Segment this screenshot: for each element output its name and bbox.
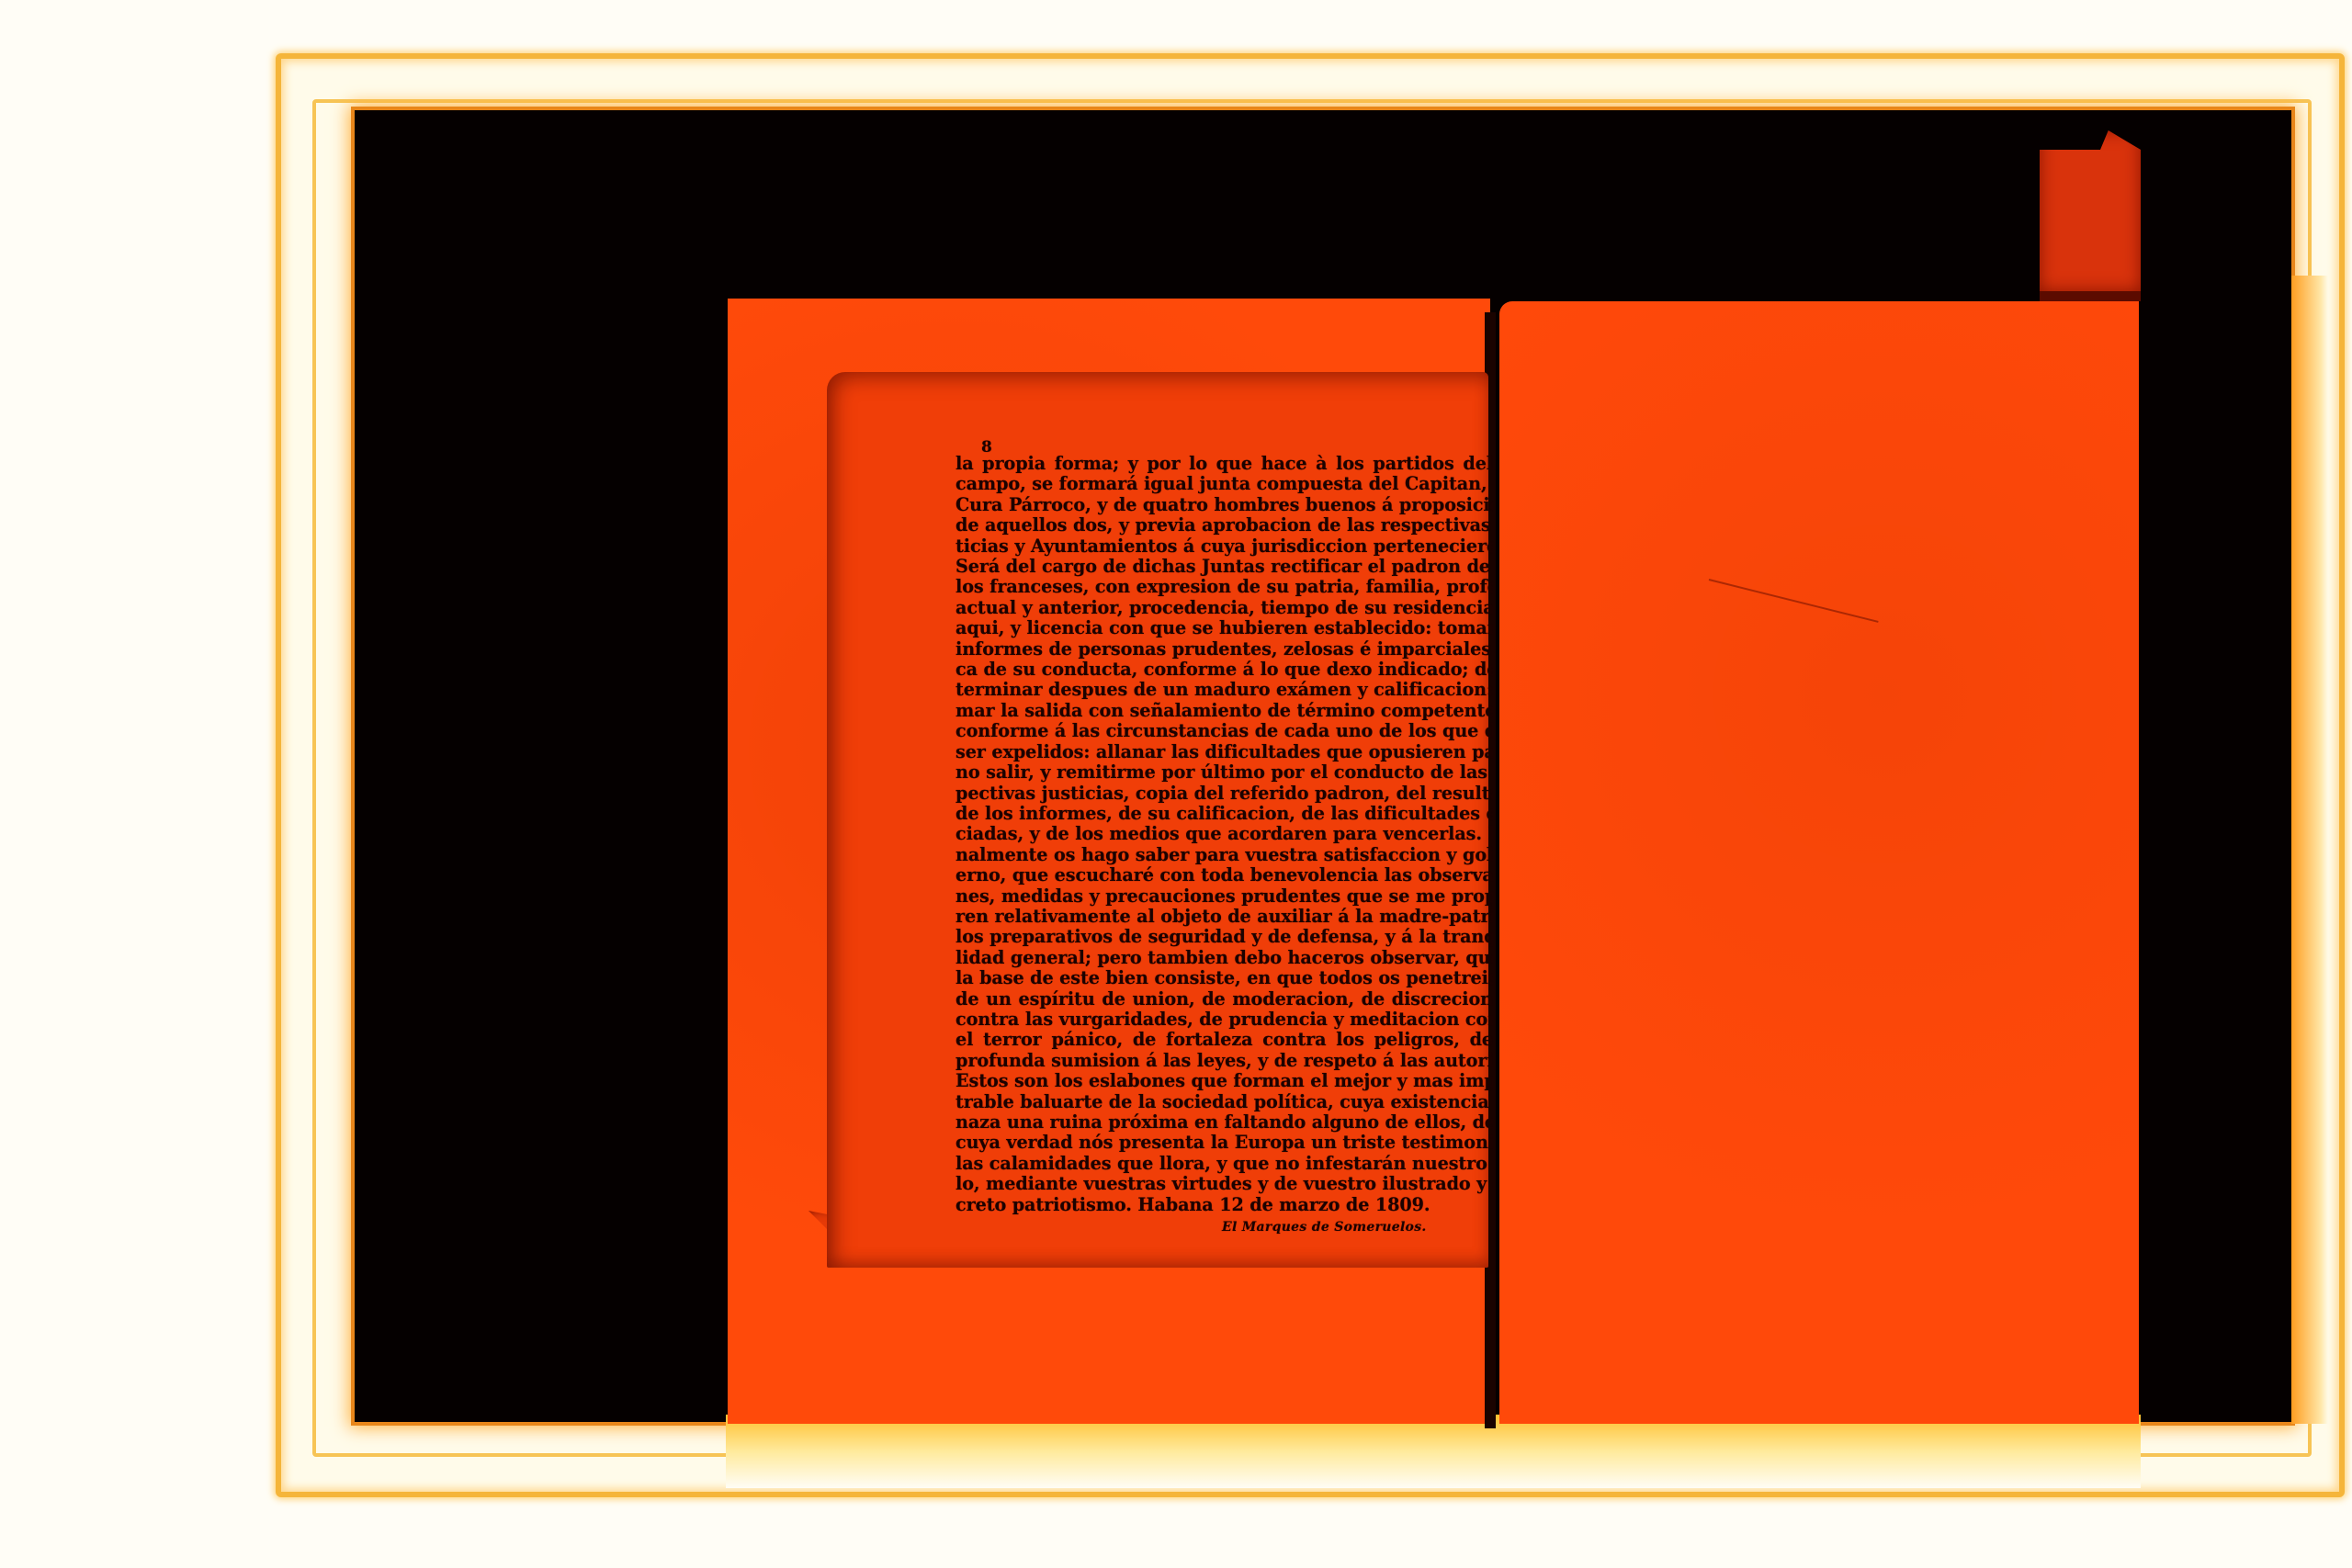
text-line: terminar despues de un maduro exámen y c… <box>955 680 1493 700</box>
text-line: la base de este bien consiste, en que to… <box>955 968 1493 988</box>
text-line: nalmente os hago saber para vuestra sati… <box>955 845 1493 865</box>
text-line: lidad general; pero tambien debo haceros… <box>955 948 1493 968</box>
document-body: la propia forma; y por lo que hace à los… <box>955 454 1493 1215</box>
light-leak-bottom <box>726 1415 2141 1488</box>
text-line: erno, que escucharé con toda benevolenci… <box>955 865 1493 886</box>
text-line: Estos son los eslabones que forman el me… <box>955 1071 1493 1091</box>
text-line: cuya verdad nós presenta la Europa un tr… <box>955 1133 1493 1153</box>
text-line: trable baluarte de la sociedad política,… <box>955 1092 1493 1112</box>
text-line: Cura Párroco, y de quatro hombres buenos… <box>955 495 1493 515</box>
text-line: mar la salida con señalamiento de términ… <box>955 701 1493 721</box>
text-line: las calamidades que llora, y que no infe… <box>955 1154 1493 1174</box>
light-leak-right <box>2291 276 2328 1424</box>
text-line: ca de su conducta, conforme á lo que dex… <box>955 660 1493 680</box>
text-line: creto patriotismo. Habana 12 de marzo de… <box>955 1195 1493 1215</box>
text-line: el terror pánico, de fortaleza contra lo… <box>955 1030 1493 1050</box>
text-line: nes, medidas y precauciones prudentes qu… <box>955 886 1493 907</box>
right-facing-page <box>1499 301 2139 1424</box>
text-line: ciadas, y de los medios que acordaren pa… <box>955 824 1493 844</box>
text-line: contra las vurgaridades, de prudencia y … <box>955 1010 1493 1030</box>
text-line: Será del cargo de dichas Juntas rectific… <box>955 557 1493 577</box>
text-line: los franceses, con expresion de su patri… <box>955 577 1493 597</box>
text-line: ren relativamente al objeto de auxiliar … <box>955 907 1493 927</box>
text-line: los preparativos de seguridad y de defen… <box>955 927 1493 947</box>
text-line: naza una ruina próxima en faltando algun… <box>955 1112 1493 1133</box>
document-text-block: 8 la propia forma; y por lo que hace à l… <box>955 439 1493 1235</box>
text-line: de un espíritu de union, de moderacion, … <box>955 989 1493 1010</box>
text-line: informes de personas prudentes, zelosas … <box>955 639 1493 660</box>
text-line: ser expelidos: allanar las dificultades … <box>955 742 1493 762</box>
text-line: lo, mediante vuestras virtudes y de vues… <box>955 1174 1493 1194</box>
text-line: campo, se formará igual junta compuesta … <box>955 474 1493 494</box>
text-line: conforme á las circunstancias de cada un… <box>955 721 1493 741</box>
text-line: la propia forma; y por lo que hace à los… <box>955 454 1493 474</box>
text-line: de aquellos dos, y previa aprobacion de … <box>955 515 1493 536</box>
text-line: ticias y Ayuntamientos á cuya jurisdicci… <box>955 536 1493 557</box>
text-line: de los informes, de su calificacion, de … <box>955 804 1493 824</box>
signature: El Marques de Someruelos. <box>1222 1219 1493 1235</box>
text-line: aqui, y licencia con que se hubieren est… <box>955 618 1493 638</box>
text-line: profunda sumision á las leyes, y de resp… <box>955 1051 1493 1071</box>
paper-tab-fragment <box>2040 130 2141 291</box>
text-line: actual y anterior, procedencia, tiempo d… <box>955 598 1493 618</box>
text-line: no salir, y remitirme por último por el … <box>955 762 1493 783</box>
text-line: pectivas justicias, copia del referido p… <box>955 784 1493 804</box>
